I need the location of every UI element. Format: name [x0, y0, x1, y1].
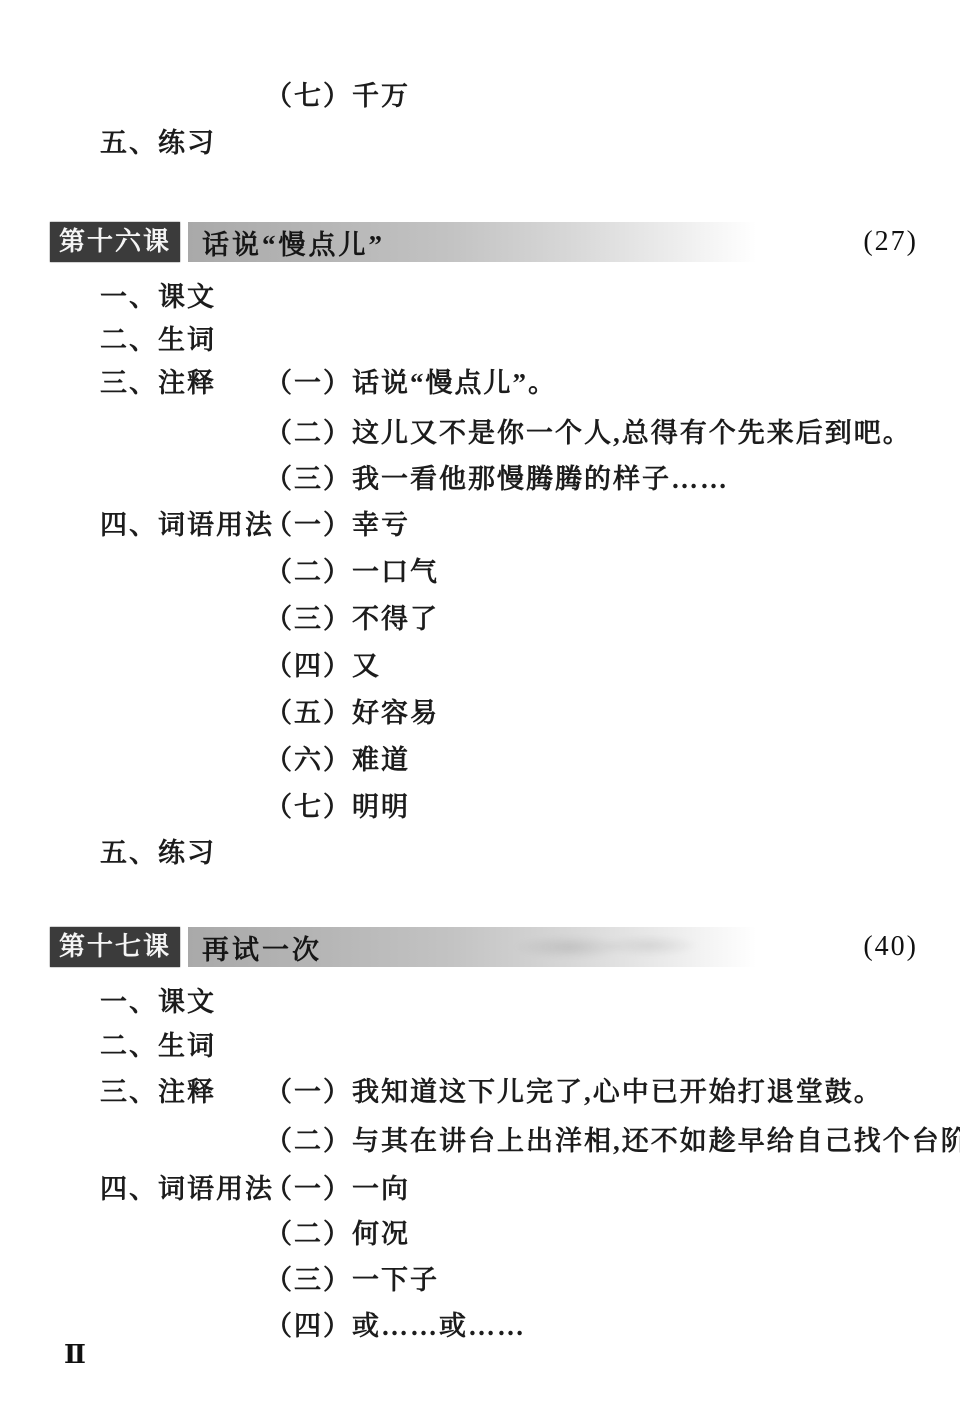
lesson-16-note-1: （一）话说“慢点儿”。	[265, 367, 557, 399]
lesson-16-usage-3: （三）不得了	[265, 603, 439, 635]
lesson-17-title: 再试一次	[202, 928, 322, 967]
lesson-17-item-text: 一、课文	[100, 986, 216, 1018]
lesson-17-note-1: （一）我知道这下儿完了,心中已开始打退堂鼓。	[265, 1076, 883, 1108]
lesson-17-item-notes-label: 三、注释	[100, 1076, 216, 1108]
lesson-16-usage-7: （七）明明	[265, 791, 410, 823]
lesson-16-header: 第十六课 话说“慢点儿” (27)	[50, 222, 918, 262]
lesson-16-item-usage-label: 四、词语用法	[100, 509, 274, 541]
lesson-17-title-bar: 再试一次	[188, 927, 774, 967]
lesson-16-usage-4: （四）又	[265, 650, 381, 682]
lesson-16-usage-6: （六）难道	[265, 744, 410, 776]
lesson-17-header: 第十七课 再试一次 (40)	[50, 927, 918, 967]
scan-smudge-artifact	[510, 933, 709, 961]
lesson-16-note-3: （三）我一看他那慢腾腾的样子……	[265, 463, 729, 495]
lesson-16-badge: 第十六课	[50, 222, 180, 262]
lesson-17-item-vocab: 二、生词	[100, 1030, 216, 1062]
toc-subitem-prev-7: （七）千万	[265, 80, 410, 112]
toc-item-prev-exercise: 五、练习	[100, 127, 216, 159]
lesson-16-usage-1: （一）幸亏	[265, 509, 410, 541]
lesson-16-title-bar: 话说“慢点儿”	[188, 222, 774, 262]
footer-page-number: Ⅱ	[64, 1340, 86, 1370]
lesson-16-item-exercise: 五、练习	[100, 837, 216, 869]
lesson-16-usage-5: （五）好容易	[265, 697, 439, 729]
lesson-16-item-vocab: 二、生词	[100, 324, 216, 356]
lesson-17-item-usage-label: 四、词语用法	[100, 1173, 274, 1205]
lesson-16-item-text: 一、课文	[100, 281, 216, 313]
lesson-16-title: 话说“慢点儿”	[202, 223, 385, 262]
lesson-17-usage-2: （二）何况	[265, 1218, 410, 1250]
lesson-17-usage-1: （一）一向	[265, 1173, 410, 1205]
lesson-17-usage-3: （三）一下子	[265, 1264, 439, 1296]
lesson-16-usage-2: （二）一口气	[265, 556, 439, 588]
lesson-17-usage-4: （四）或……或……	[265, 1310, 526, 1342]
lesson-16-page-ref: (27)	[863, 226, 918, 258]
lesson-16-note-2: （二）这儿又不是你一个人,总得有个先来后到吧。	[265, 417, 912, 449]
lesson-16-item-notes-label: 三、注释	[100, 367, 216, 399]
lesson-17-badge: 第十七课	[50, 927, 180, 967]
scanned-toc-page: { "page": { "footer_page_number": "Ⅱ" },…	[0, 0, 960, 1425]
lesson-17-note-2: （二）与其在讲台上出洋相,还不如趁早给自己找个台阶下去。	[265, 1125, 960, 1157]
lesson-17-page-ref: (40)	[863, 931, 918, 963]
